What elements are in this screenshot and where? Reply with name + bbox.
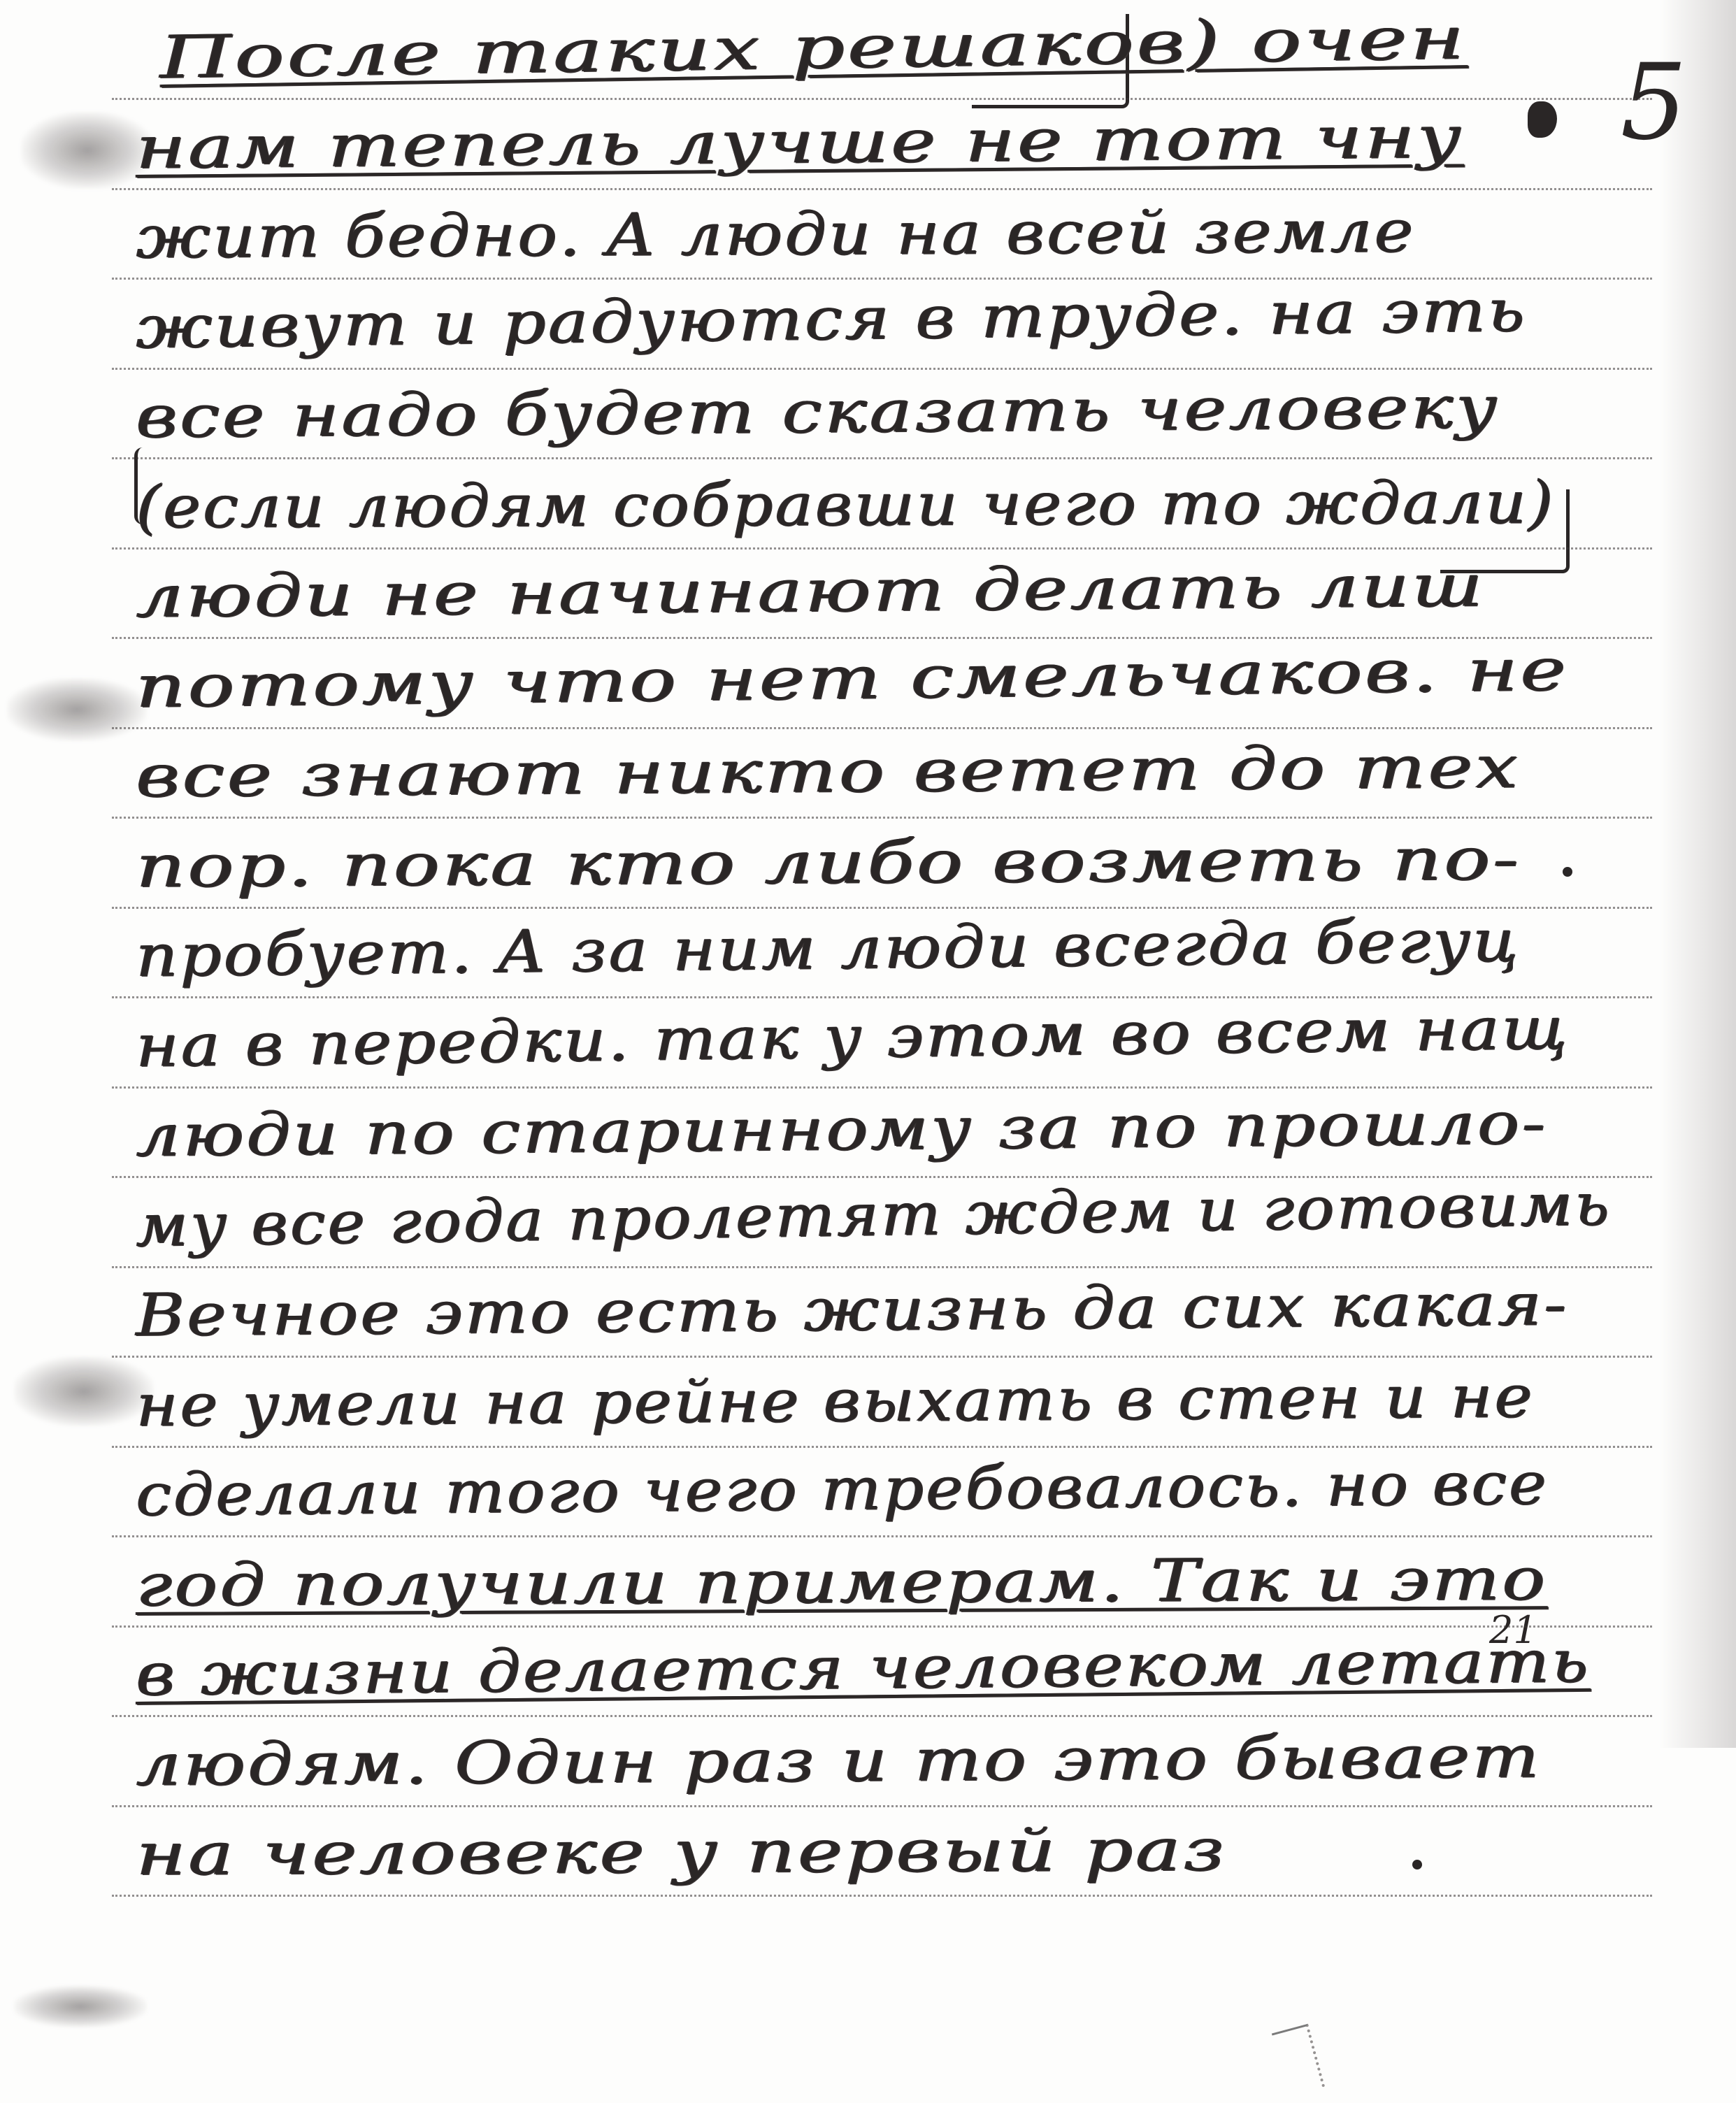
ink-blot [1528,101,1557,138]
ruled-guide-line [112,1266,1652,1268]
handwritten-line: нам тепель лучше не тот чну [136,107,1464,176]
handwritten-line: живут и радуются в труде. на эть [136,280,1528,356]
ruled-guide-line [112,278,1652,280]
handwritten-line: все знают никто ветет до тех [136,738,1521,805]
handwritten-line: люди не начинают делать лиш [136,556,1486,626]
page-number: 5 [1621,42,1687,164]
ruled-guide-line [112,98,1652,100]
handwritten-line: все надо будет сказать человеку [136,378,1500,446]
ruled-guide-line [112,368,1652,370]
ruled-guide-line [112,188,1652,190]
ruled-guide-line [112,817,1652,819]
ruled-guide-line [112,1356,1652,1358]
handwritten-line: людям. Один раз и то это бывает [136,1727,1542,1794]
handwritten-line: сделали того чего требовалось. но все [136,1454,1549,1524]
ruled-guide-line [112,1805,1652,1807]
ruled-guide-line [112,1715,1652,1717]
scanned-page: 5 21 После таких решаков) оченнам тепель… [0,0,1736,2103]
handwritten-line: пор. пока кто либо возметь по- [136,829,1521,896]
ruled-guide-line [112,457,1652,459]
handwritten-line: (если людям собравши чего то ждали) [136,473,1556,536]
ruled-guide-line [112,637,1652,639]
ink-dot [1563,867,1572,877]
scan-smudge [14,1986,147,2027]
ink-dot [1412,1860,1422,1869]
handwritten-line: му все года пролетят ждем и готовимь [136,1175,1612,1255]
ruled-guide-line [112,1086,1652,1089]
ruled-guide-line [112,1176,1652,1178]
scan-smudge [21,112,154,189]
ruled-guide-line [112,547,1652,550]
handwritten-line: не умели на рейне выхать в стен и не [136,1367,1535,1435]
handwritten-line: в жизни делается человеком летать [136,1632,1591,1704]
ruled-guide-line [112,907,1652,909]
ruled-guide-line [112,1535,1652,1537]
scan-smudge [7,678,147,741]
handwritten-line: потому что нет смельчаков. не [135,640,1569,716]
handwritten-line: Вечное это есть жизнь да сих какая- [136,1275,1569,1344]
ruled-guide-line [112,996,1652,998]
scan-artifact-mark [1272,2024,1325,2097]
handwritten-line: год получили примерам. Так и это [136,1549,1547,1614]
handwritten-line: на человеке у первый раз [136,1821,1227,1883]
ruled-guide-line [112,1625,1652,1628]
ruled-guide-line [112,1446,1652,1448]
handwritten-line: пробует. А за ним люди всегда бегуц [136,911,1521,985]
ruled-guide-line [112,727,1652,729]
ruled-guide-line [112,1895,1652,1897]
handwritten-line: После таких решаков) очен [159,8,1468,87]
handwritten-line: жит бедно. А люди на всей земле [136,201,1416,266]
handwritten-line: на в передки. так у этом во всем нащ [136,998,1570,1075]
scan-smudge [14,1356,154,1426]
handwritten-line: люди по старинному за по прошло- [136,1093,1548,1165]
scan-edge-shadow [1659,0,1736,1748]
